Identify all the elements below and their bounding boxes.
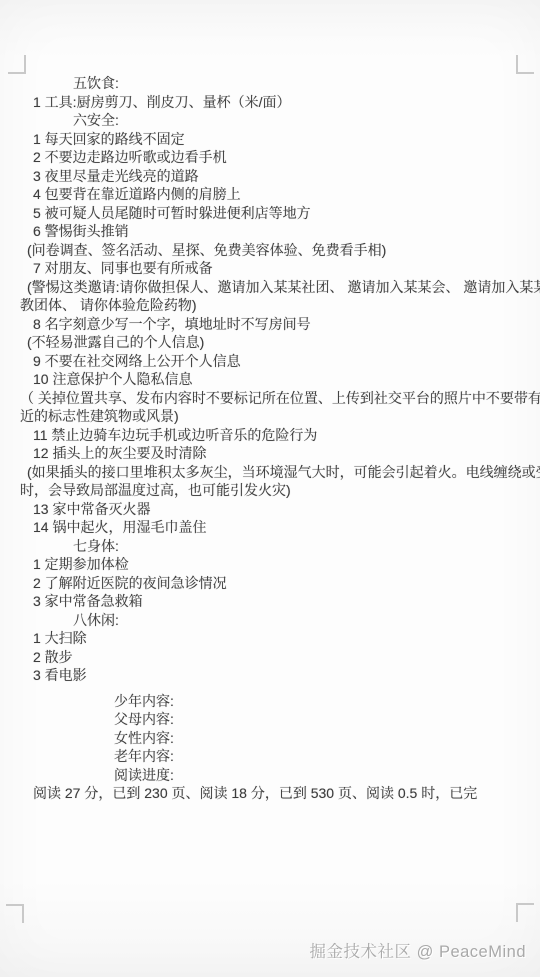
doc-line: 阅读进度: <box>0 766 540 785</box>
doc-line: (问卷调查、签名活动、星探、免费美容体验、免费看手相) <box>0 241 540 260</box>
document-body: 五饮食:1 工具:厨房剪刀、削皮刀、量杯（米/面）六安全:1 每天回家的路线不固… <box>0 74 540 803</box>
doc-line: 1 工具:厨房剪刀、削皮刀、量杯（米/面） <box>0 93 540 112</box>
doc-line: 4 包要背在靠近道路内侧的肩膀上 <box>0 185 540 204</box>
doc-line: 近的标志性建筑物或风景) <box>0 407 540 426</box>
doc-line: 父母内容: <box>0 710 540 729</box>
doc-line: 五饮食: <box>0 74 540 93</box>
doc-line: 少年内容: <box>0 692 540 711</box>
scanned-page: 五饮食:1 工具:厨房剪刀、削皮刀、量杯（米/面）六安全:1 每天回家的路线不固… <box>0 0 540 977</box>
doc-line: 3 家中常备急救箱 <box>0 592 540 611</box>
crop-mark-bottom-left <box>6 904 24 923</box>
doc-line: 3 看电影 <box>0 666 540 685</box>
doc-line: 教团体、 请你体验危险药物) <box>0 296 540 315</box>
doc-line: 5 被可疑人员尾随时可暂时躲进便利店等地方 <box>0 204 540 223</box>
doc-line: 1 大扫除 <box>0 629 540 648</box>
doc-line: 2 不要边走路边听歌或边看手机 <box>0 148 540 167</box>
doc-line: 七身体: <box>0 537 540 556</box>
doc-line: 2 了解附近医院的夜间急诊情况 <box>0 574 540 593</box>
doc-line: 1 定期参加体检 <box>0 555 540 574</box>
doc-line: 7 对朋友、同事也要有所戒备 <box>0 259 540 278</box>
doc-line: (如果插头的接口里堆积太多灰尘，当环境湿气大时，可能会引起着火。电线缠绕或受挤压 <box>0 463 540 482</box>
doc-line: 8 名字刻意少写一个字，填地址时不写房间号 <box>0 315 540 334</box>
doc-line: 2 散步 <box>0 648 540 667</box>
watermark: 掘金技术社区 @ PeaceMind <box>310 938 526 962</box>
crop-mark-top-left <box>8 55 26 74</box>
doc-line: 11 禁止边骑车边玩手机或边听音乐的危险行为 <box>0 426 540 445</box>
doc-line: 10 注意保护个人隐私信息 <box>0 370 540 389</box>
doc-line: 八休闲: <box>0 611 540 630</box>
doc-line: 女性内容: <box>0 729 540 748</box>
doc-line: 9 不要在社交网络上公开个人信息 <box>0 352 540 371</box>
doc-line: 3 夜里尽量走光线亮的道路 <box>0 167 540 186</box>
doc-line: 12 插头上的灰尘要及时清除 <box>0 444 540 463</box>
crop-mark-bottom-right <box>516 903 534 922</box>
doc-line: (警惕这类邀请:请你做担保人、邀请加入某某社团、 邀请加入某某会、 邀请加入某某… <box>0 278 540 297</box>
doc-line: 老年内容: <box>0 747 540 766</box>
doc-line: 14 锅中起火，用湿毛巾盖住 <box>0 518 540 537</box>
doc-line: 1 每天回家的路线不固定 <box>0 130 540 149</box>
doc-line: 6 警惕街头推销 <box>0 222 540 241</box>
doc-line: 六安全: <box>0 111 540 130</box>
doc-line: 阅读 27 分，已到 230 页、阅读 18 分，已到 530 页、阅读 0.5… <box>0 784 540 803</box>
doc-line: (不轻易泄露自己的个人信息) <box>0 333 540 352</box>
crop-mark-top-right <box>516 55 534 74</box>
doc-line: 时，会导致局部温度过高，也可能引发火灾) <box>0 481 540 500</box>
doc-line: （ 关掉位置共享、发布内容时不要标记所在位置、上传到社交平台的照片中不要带有家附 <box>0 389 540 408</box>
doc-line: 13 家中常备灭火器 <box>0 500 540 519</box>
